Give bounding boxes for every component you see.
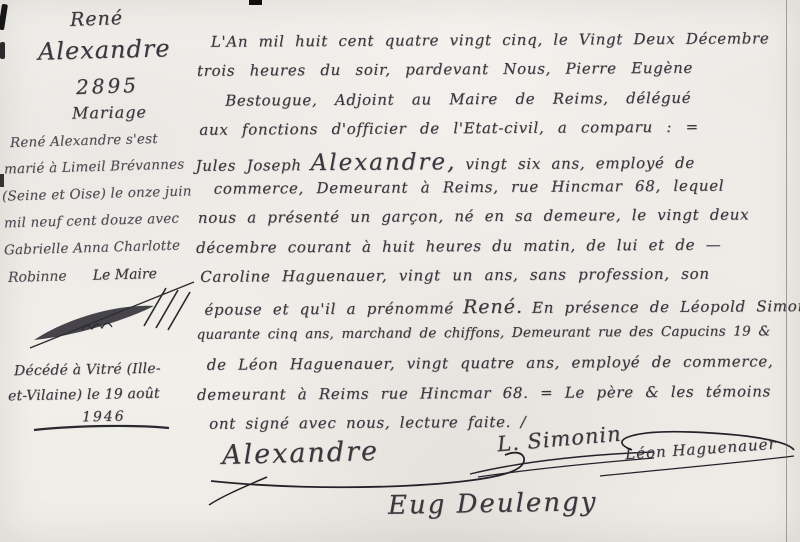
margin-child-lastname: Alexandre (38, 34, 171, 65)
act-body: L'An mil huit cent quatre vingt cinq, le… (195, 29, 798, 444)
mayor-signature-flourish (26, 278, 198, 352)
body-line-13: demeurant à Reims rue Hincmar 68. = Le p… (197, 382, 797, 415)
margin-marriage-note-line: mil neuf cent douze avec (4, 211, 180, 232)
body-line-11: quarante cinq ans, marchand de chiffons,… (197, 323, 797, 356)
body-line-10: épouse et qu'il a prénomméRené.En présen… (204, 294, 796, 327)
margin-annotations: René Alexandre 2895 Mariage René Alexand… (0, 0, 198, 542)
declarant-surname: Alexandre, (311, 149, 457, 176)
signature-officiant: Eug Deulengy (388, 487, 598, 521)
margin-marriage-note-line: Gabrielle Anna Charlotte (4, 238, 181, 259)
margin-act-number: 2895 (76, 73, 140, 99)
margin-marriage-note-line: marié à Limeil Brévannes (4, 156, 185, 177)
death-note-underline (32, 423, 172, 433)
margin-death-note-line: Décédé à Vitré (Ille- (14, 361, 161, 380)
declarant-details: vingt six ans, employé de (465, 153, 695, 172)
declarant-forenames: Jules Joseph (196, 156, 302, 175)
margin-marriage-note-line: René Alexandre s'est (10, 131, 158, 151)
body-line-12: de Léon Haguenauer, vingt quatre ans, em… (207, 352, 797, 385)
child-given-name: René. (463, 295, 523, 317)
body-line-8: décembre courant à huit heures du matin,… (196, 235, 796, 268)
body-line-7: nous a présenté un garçon, né en sa deme… (198, 206, 796, 239)
spouse-clause: épouse et qu'il a prénommé (204, 299, 454, 319)
body-line-4: aux fonctions d'officier de l'Etat-civil… (199, 117, 795, 150)
witness-clause: En présence de Léopold Simonin (532, 297, 800, 317)
margin-marriage-heading: Mariage (72, 102, 147, 122)
civil-register-scan: René Alexandre 2895 Mariage René Alexand… (0, 0, 800, 542)
scan-artifact-left-edge (0, 174, 4, 187)
scan-artifact-left-edge (0, 42, 5, 59)
page-edge-line (786, 0, 787, 542)
body-line-2: trois heures du soir, pardevant Nous, Pi… (197, 59, 795, 92)
body-line-3: Bestougue, Adjoint au Maire de Reims, dé… (225, 88, 795, 121)
body-line-9: Caroline Haguenauer, vingt un ans, sans … (200, 264, 796, 297)
body-line-6: commerce, Demeurant à Reims, rue Hincmar… (214, 176, 796, 209)
margin-death-note-line: et-Vilaine) le 19 août (8, 386, 160, 405)
body-line-1: L'An mil huit cent quatre vingt cinq, le… (211, 29, 795, 62)
margin-marriage-note-line: (Seine et Oise) le onze juin (2, 183, 192, 204)
body-line-5: Jules JosephAlexandre,vingt six ans, emp… (195, 147, 795, 180)
scan-artifact-top-edge (249, 0, 262, 5)
signature-haguenauer-flourish (598, 428, 796, 480)
margin-child-firstname: René (70, 7, 124, 31)
